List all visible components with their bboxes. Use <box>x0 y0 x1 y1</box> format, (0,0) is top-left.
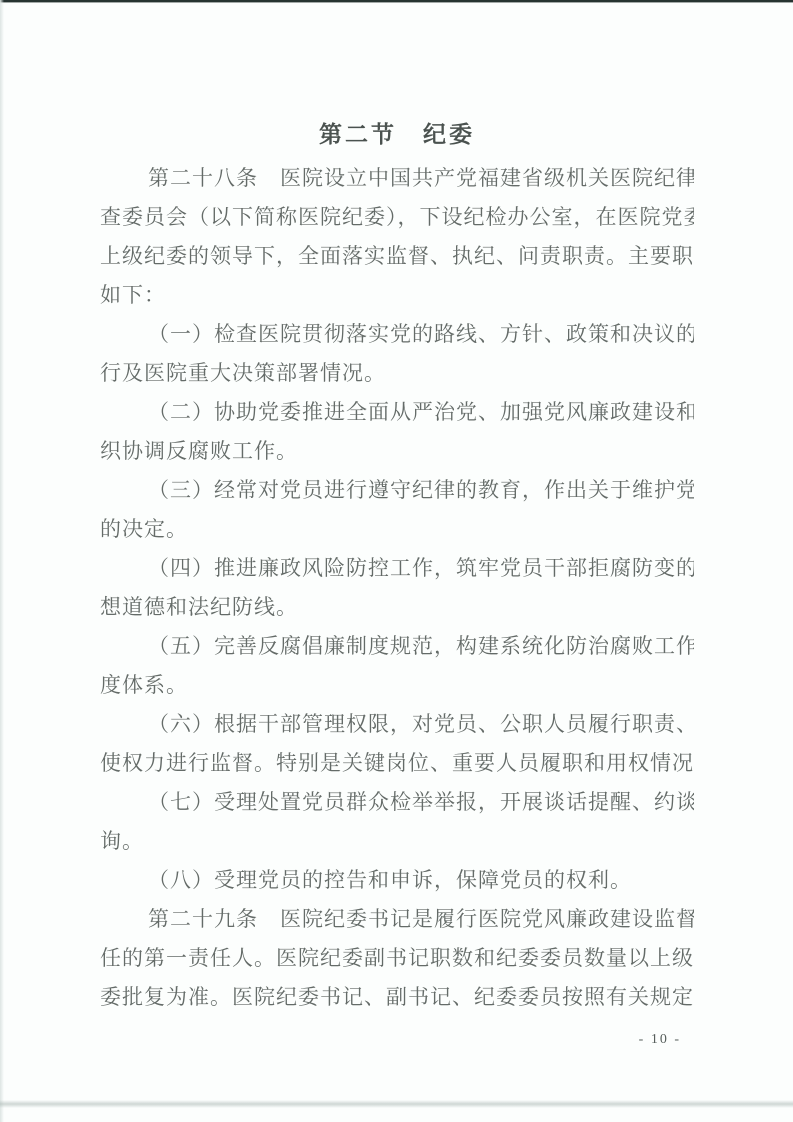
text-line: 询。 <box>100 822 694 861</box>
text-line: （八）受理党员的控告和申诉，保障党员的权利。 <box>100 861 694 900</box>
text-line: 第二十九条 医院纪委书记是履行医院党风廉政建设监督责 <box>100 900 694 939</box>
document-page: 第二节 纪委 第二十八条 医院设立中国共产党福建省级机关医院纪律检 查委员会（以… <box>0 0 793 1122</box>
scan-top-edge <box>0 0 793 3</box>
section-title: 第二节 纪委 <box>100 120 694 150</box>
text-line: 织协调反腐败工作。 <box>100 432 694 471</box>
text-line: 使权力进行监督。特别是关键岗位、重要人员履职和用权情况。 <box>100 744 694 783</box>
text-line: 上级纪委的领导下，全面落实监督、执纪、问责职责。主要职责 <box>100 237 694 276</box>
text-line: 想道德和法纪防线。 <box>100 588 694 627</box>
text-line: 度体系。 <box>100 666 694 705</box>
scan-bottom-shadow <box>0 1100 793 1108</box>
text-line: 查委员会（以下简称医院纪委），下设纪检办公室，在医院党委和 <box>100 198 694 237</box>
scan-left-edge <box>0 0 4 1122</box>
text-line: 如下： <box>100 276 694 315</box>
text-line: 任的第一责任人。医院纪委副书记职数和纪委委员数量以上级纪 <box>100 939 694 978</box>
text-line: （三）经常对党员进行遵守纪律的教育，作出关于维护党纪 <box>100 471 694 510</box>
text-line: 的决定。 <box>100 510 694 549</box>
text-line: （六）根据干部管理权限，对党员、公职人员履行职责、行 <box>100 705 694 744</box>
text-line: 委批复为准。医院纪委书记、副书记、纪委委员按照有关规定和 <box>100 978 694 1017</box>
page-content: 第二节 纪委 第二十八条 医院设立中国共产党福建省级机关医院纪律检 查委员会（以… <box>100 120 694 1017</box>
text-line: 第二十八条 医院设立中国共产党福建省级机关医院纪律检 <box>100 159 694 198</box>
page-number: - 10 - <box>639 1032 681 1048</box>
text-line: （二）协助党委推进全面从严治党、加强党风廉政建设和组 <box>100 393 694 432</box>
text-line: （四）推进廉政风险防控工作，筑牢党员干部拒腐防变的思 <box>100 549 694 588</box>
text-line: （一）检查医院贯彻落实党的路线、方针、政策和决议的执 <box>100 315 694 354</box>
text-line: （七）受理处置党员群众检举举报，开展谈话提醒、约谈函 <box>100 783 694 822</box>
text-line: 行及医院重大决策部署情况。 <box>100 354 694 393</box>
text-line: （五）完善反腐倡廉制度规范，构建系统化防治腐败工作制 <box>100 627 694 666</box>
